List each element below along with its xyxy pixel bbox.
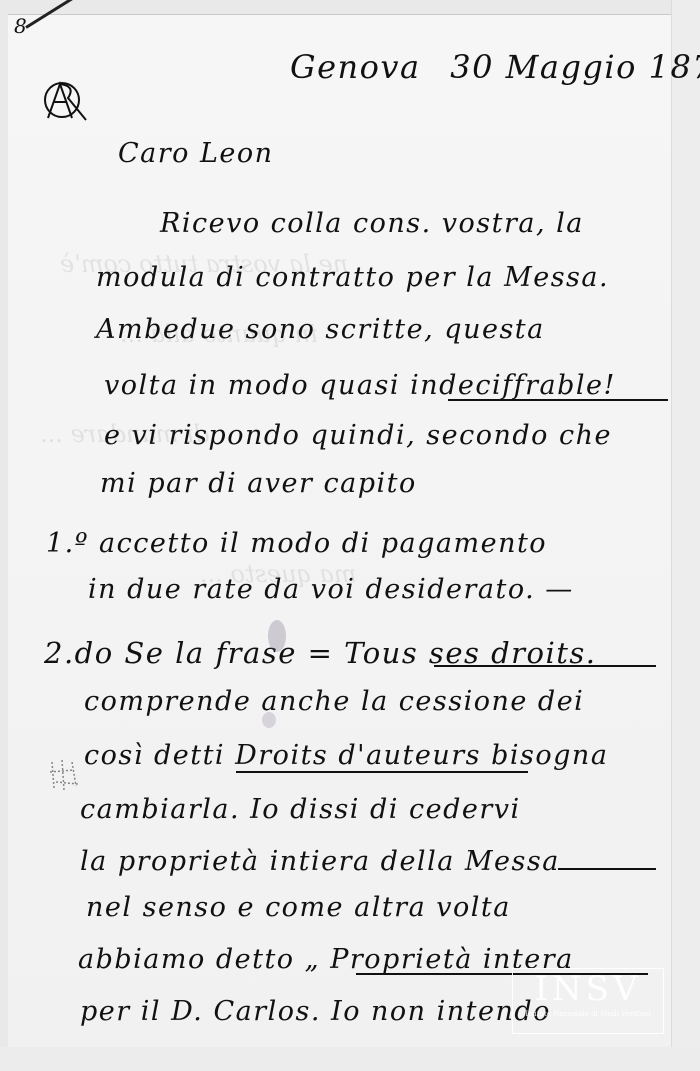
letter-line: la proprietà intiera della Messa — [80, 846, 560, 877]
monogram-stamp-icon — [38, 78, 90, 124]
letter-line: mi par di aver capito — [100, 468, 417, 499]
letter-line: Ambedue sono scritte, questa — [96, 314, 545, 345]
letter-line: comprende anche la cessione dei — [84, 686, 584, 717]
letter-line: in due rate da voi desiderato. — — [88, 574, 574, 605]
letter-line: abbiamo detto „ Proprietà intera — [78, 944, 574, 975]
place-date: Genova 30 Maggio 1872 — [290, 48, 700, 86]
page-bottom-edge — [0, 1047, 700, 1071]
watermark-logo: INSV — [513, 969, 663, 1009]
letter-line: modula di contratto per la Messa. — [96, 262, 609, 293]
letter-line: 1.º accetto il modo di pagamento — [46, 528, 547, 559]
place: Genova — [290, 48, 421, 86]
letter-line: Ricevo colla cons. vostra, la — [160, 208, 584, 239]
underline — [558, 868, 656, 870]
page-edge — [671, 0, 700, 1071]
letter-line: volta in modo quasi indeciffrable! — [104, 370, 616, 401]
letter-line: cambiarla. Io dissi di cedervi — [80, 794, 521, 825]
salutation: Caro Leon — [118, 138, 274, 169]
letter-line: per il D. Carlos. Io non intendo — [80, 996, 551, 1027]
ink-smudge — [268, 620, 286, 652]
letter-line: e vi rispondo quindi, secondo che — [104, 420, 612, 451]
underline — [448, 399, 668, 401]
letter-line: nel senso e come altra volta — [86, 892, 511, 923]
letter-line: così detti Droits d'auteurs bisogna — [84, 740, 608, 771]
faded-library-stamp-icon — [44, 752, 88, 796]
watermark-caption: Istituto Nazionale di Studi Verdiani — [513, 1009, 663, 1019]
underline — [236, 771, 528, 773]
date: 30 Maggio 1872 — [450, 48, 700, 86]
archive-watermark: INSV Istituto Nazionale di Studi Verdian… — [512, 968, 664, 1034]
underline — [434, 665, 656, 667]
